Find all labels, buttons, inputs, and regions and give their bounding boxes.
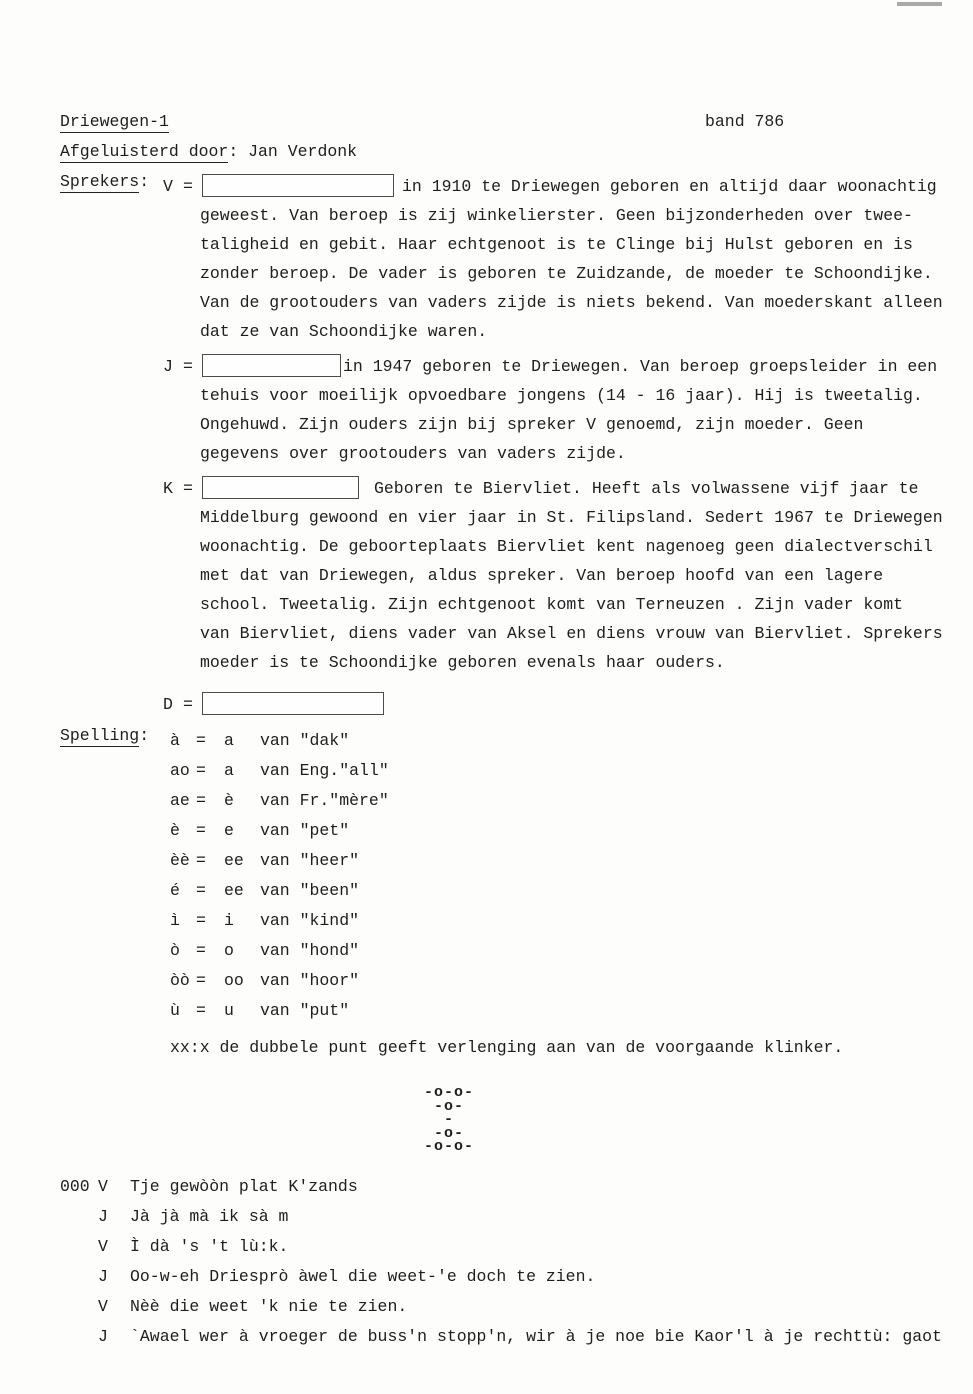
speaker-description-line: van Biervliet, diens vader van Aksel en …	[200, 619, 953, 648]
spelling-example: van "dak"	[260, 731, 349, 750]
dialogue-speaker-code: J	[98, 1202, 130, 1232]
speaker-entry-first-line: D=	[163, 690, 953, 719]
speaker-entry-first-line: K=Geboren te Biervliet. Heeft als volwas…	[163, 474, 953, 503]
spelling-example: van "kind"	[260, 911, 359, 930]
spelling-note: xx:x de dubbele punt geeft verlenging aa…	[170, 1033, 843, 1063]
spelling-value: è	[224, 786, 260, 816]
speaker-description-line: moeder is te Schoondijke geboren evenals…	[200, 648, 953, 677]
name-blank-box	[202, 692, 384, 715]
dialogue-speaker-code: V	[98, 1172, 130, 1202]
name-blank-box	[202, 354, 341, 377]
spelling-value: o	[224, 936, 260, 966]
spelling-example: van "put"	[260, 1001, 349, 1020]
equals-sign: =	[183, 474, 202, 503]
speaker-code: J	[163, 352, 183, 381]
speaker-code: D	[163, 690, 183, 719]
speaker-description-line: Geboren te Biervliet. Heeft als volwasse…	[359, 479, 919, 498]
page-title: Driewegen-1	[60, 112, 169, 133]
dialogue-section: 000VTje gewòòn plat K'zandsJJà jà mà ik …	[60, 1172, 960, 1352]
spelling-value: i	[224, 906, 260, 936]
spelling-symbol: è	[170, 816, 196, 846]
equals-sign: =	[196, 996, 224, 1026]
speaker-entry: K=Geboren te Biervliet. Heeft als volwas…	[163, 474, 953, 677]
spelling-symbol: ì	[170, 906, 196, 936]
spelling-example: van "heer"	[260, 851, 359, 870]
spelling-row: ae=èvan Fr."mère"	[170, 786, 843, 816]
speaker-entry: D=	[163, 690, 953, 719]
dialogue-text: Ì dà 's 't lù:k.	[130, 1237, 288, 1256]
spelling-example: van Eng."all"	[260, 761, 389, 780]
speakers-section: V=in 1910 te Driewegen geboren en altijd…	[163, 172, 953, 719]
dialogue-text: Tje gewòòn plat K'zands	[130, 1177, 358, 1196]
speaker-code: V	[163, 172, 183, 201]
spelling-symbol: èè	[170, 846, 196, 876]
spelling-symbol: ù	[170, 996, 196, 1026]
spelling-symbol: ao	[170, 756, 196, 786]
dialogue-row: VÌ dà 's 't lù:k.	[60, 1232, 960, 1262]
spelling-value: ee	[224, 846, 260, 876]
spelling-row: èè=eevan "heer"	[170, 846, 843, 876]
speaker-entry: J=in 1947 geboren te Driewegen. Van bero…	[163, 352, 953, 468]
speaker-description-line: school. Tweetalig. Zijn echtgenoot komt …	[200, 590, 953, 619]
dialogue-text: Jà jà mà ik sà m	[130, 1207, 288, 1226]
spelling-row: é=eevan "been"	[170, 876, 843, 906]
speaker-description-line: tehuis voor moeilijk opvoedbare jongens …	[200, 381, 953, 410]
spelling-section: à=avan "dak"ao=avan Eng."all"ae=èvan Fr.…	[170, 726, 843, 1063]
dialogue-row: JOo-w-eh Driesprò àwel die weet-'e doch …	[60, 1262, 960, 1292]
dialogue-text: `Awael wer à vroeger de buss'n stopp'n, …	[130, 1327, 942, 1346]
name-blank-box	[202, 476, 359, 499]
equals-sign: =	[183, 352, 202, 381]
dialogue-row: VNèè die weet 'k nie te zien.	[60, 1292, 960, 1322]
dialogue-speaker-code: J	[98, 1322, 130, 1352]
spelling-section-label: Spelling:	[60, 726, 149, 745]
spelling-row: òò=oovan "hoor"	[170, 966, 843, 996]
speaker-description-line: dat ze van Schoondijke waren.	[200, 317, 953, 346]
spelling-example: van "hond"	[260, 941, 359, 960]
spelling-example: van "been"	[260, 881, 359, 900]
dialogue-speaker-code: J	[98, 1262, 130, 1292]
spelling-symbol: é	[170, 876, 196, 906]
equals-sign: =	[196, 936, 224, 966]
spelling-value: a	[224, 756, 260, 786]
equals-sign: =	[196, 906, 224, 936]
dialogue-text: Nèè die weet 'k nie te zien.	[130, 1297, 407, 1316]
band-number: band 786	[705, 112, 784, 131]
spelling-row: ao=avan Eng."all"	[170, 756, 843, 786]
speaker-entry: V=in 1910 te Driewegen geboren en altijd…	[163, 172, 953, 346]
equals-sign: =	[196, 756, 224, 786]
scan-artifact-mark	[897, 2, 942, 6]
separator-line: -o-o-	[399, 1140, 499, 1154]
speaker-description-line: Middelburg gewoond en vier jaar in St. F…	[200, 503, 953, 532]
spelling-row: è=evan "pet"	[170, 816, 843, 846]
spelling-row: à=avan "dak"	[170, 726, 843, 756]
speaker-description-line: woonachtig. De geboorteplaats Biervliet …	[200, 532, 953, 561]
speaker-description-line: geweest. Van beroep is zij winkelierster…	[200, 201, 953, 230]
equals-sign: =	[196, 726, 224, 756]
speaker-description-line: Ongehuwd. Zijn ouders zijn bij spreker V…	[200, 410, 953, 439]
spelling-symbol: ae	[170, 786, 196, 816]
listened-by-value: : Jan Verdonk	[228, 142, 357, 161]
speaker-description-line: gegevens over grootouders van vaders zij…	[200, 439, 953, 468]
dialogue-row: JJà jà mà ik sà m	[60, 1202, 960, 1232]
spelling-symbol: à	[170, 726, 196, 756]
spelling-row: ò=ovan "hond"	[170, 936, 843, 966]
speaker-description-line: in 1947 geboren te Driewegen. Van beroep…	[341, 357, 937, 376]
speaker-description-line: zonder beroep. De vader is geboren te Zu…	[200, 259, 953, 288]
speaker-description-line: taligheid en gebit. Haar echtgenoot is t…	[200, 230, 953, 259]
equals-sign: =	[196, 816, 224, 846]
equals-sign: =	[196, 966, 224, 996]
dialogue-speaker-code: V	[98, 1232, 130, 1262]
dialogue-row: J`Awael wer à vroeger de buss'n stopp'n,…	[60, 1322, 960, 1352]
spelling-symbol: òò	[170, 966, 196, 996]
equals-sign: =	[196, 846, 224, 876]
speaker-entry-first-line: V=in 1910 te Driewegen geboren en altijd…	[163, 172, 953, 201]
spelling-row: ì=ivan "kind"	[170, 906, 843, 936]
document-header: Driewegen-1 band 786	[60, 112, 940, 131]
spelling-symbol: ò	[170, 936, 196, 966]
section-separator: -o-o--o---o--o-o-	[399, 1086, 499, 1154]
speaker-description-line: met dat van Driewegen, aldus spreker. Va…	[200, 561, 953, 590]
speaker-entry-first-line: J=in 1947 geboren te Driewegen. Van bero…	[163, 352, 953, 381]
equals-sign: =	[196, 876, 224, 906]
utterance-number: 000	[60, 1172, 98, 1202]
equals-sign: =	[183, 690, 202, 719]
spelling-example: van "hoor"	[260, 971, 359, 990]
dialogue-speaker-code: V	[98, 1292, 130, 1322]
listened-by-label: Afgeluisterd door	[60, 142, 228, 163]
spelling-value: a	[224, 726, 260, 756]
dialogue-text: Oo-w-eh Driesprò àwel die weet-'e doch t…	[130, 1267, 595, 1286]
equals-sign: =	[183, 172, 202, 201]
spelling-value: u	[224, 996, 260, 1026]
spelling-value: ee	[224, 876, 260, 906]
spelling-row: ù=uvan "put"	[170, 996, 843, 1026]
speaker-code: K	[163, 474, 183, 503]
document-page: Driewegen-1 band 786 Afgeluisterd door: …	[0, 0, 973, 1394]
speaker-description-line: in 1910 te Driewegen geboren en altijd d…	[394, 177, 937, 196]
spelling-example: van "pet"	[260, 821, 349, 840]
spelling-example: van Fr."mère"	[260, 791, 389, 810]
spelling-value: e	[224, 816, 260, 846]
spelling-value: oo	[224, 966, 260, 996]
speaker-description-line: Van de grootouders van vaders zijde is n…	[200, 288, 953, 317]
speakers-section-label: Sprekers:	[60, 172, 149, 191]
dialogue-row: 000VTje gewòòn plat K'zands	[60, 1172, 960, 1202]
name-blank-box	[202, 174, 394, 197]
listened-by-line: Afgeluisterd door: Jan Verdonk	[60, 142, 357, 161]
equals-sign: =	[196, 786, 224, 816]
